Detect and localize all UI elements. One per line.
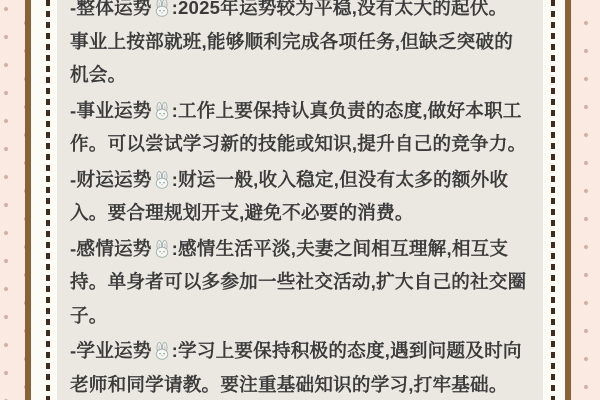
outer-border-line-left — [25, 0, 31, 400]
fortune-section: -财运运势 :财运一般,收入稳定,但没有太多的额外收 入。要合理规划开支,避免不… — [70, 163, 543, 230]
rabbit-icon — [153, 0, 171, 12]
fortune-text-block: -整体运势 :2025年运势较为平稳,没有太大的起伏。 事业上按部就班,能够顺利… — [57, 0, 543, 400]
outer-border-line-right — [565, 0, 571, 400]
fortune-card: { "theme": { "page_background": "#fbeae1… — [0, 0, 600, 400]
rabbit-icon — [153, 97, 171, 115]
section-label: 学业运势 — [76, 340, 151, 361]
section-label: 财运运势 — [76, 169, 151, 190]
rabbit-icon — [153, 235, 171, 253]
fortune-section: -学业运势 :学习上要保持积极的态度,遇到问题及时向 老师和同学请教。要注重基础… — [70, 334, 543, 400]
fortune-section: -整体运势 :2025年运势较为平稳,没有太大的起伏。 事业上按部就班,能够顺利… — [70, 0, 543, 92]
fortune-section: -事业运势 :工作上要保持认真负责的态度,做好本职工 作。可以尝试学习新的技能或… — [70, 94, 543, 161]
content-panel: -整体运势 :2025年运势较为平稳,没有太大的起伏。 事业上按部就班,能够顺利… — [57, 0, 543, 400]
section-label: 事业运势 — [76, 100, 151, 121]
fortune-section: -感情运势 :感情生活平淡,夫妻之间相互理解,相互支 持。单身者可以多参加一些社… — [70, 232, 543, 333]
rabbit-icon — [153, 166, 171, 184]
rabbit-icon — [153, 337, 171, 355]
inner-dashed-line-right — [551, 0, 555, 400]
section-label: 感情运势 — [76, 238, 151, 259]
section-label: 整体运势 — [76, 0, 151, 18]
inner-dashed-line-left — [46, 0, 50, 400]
